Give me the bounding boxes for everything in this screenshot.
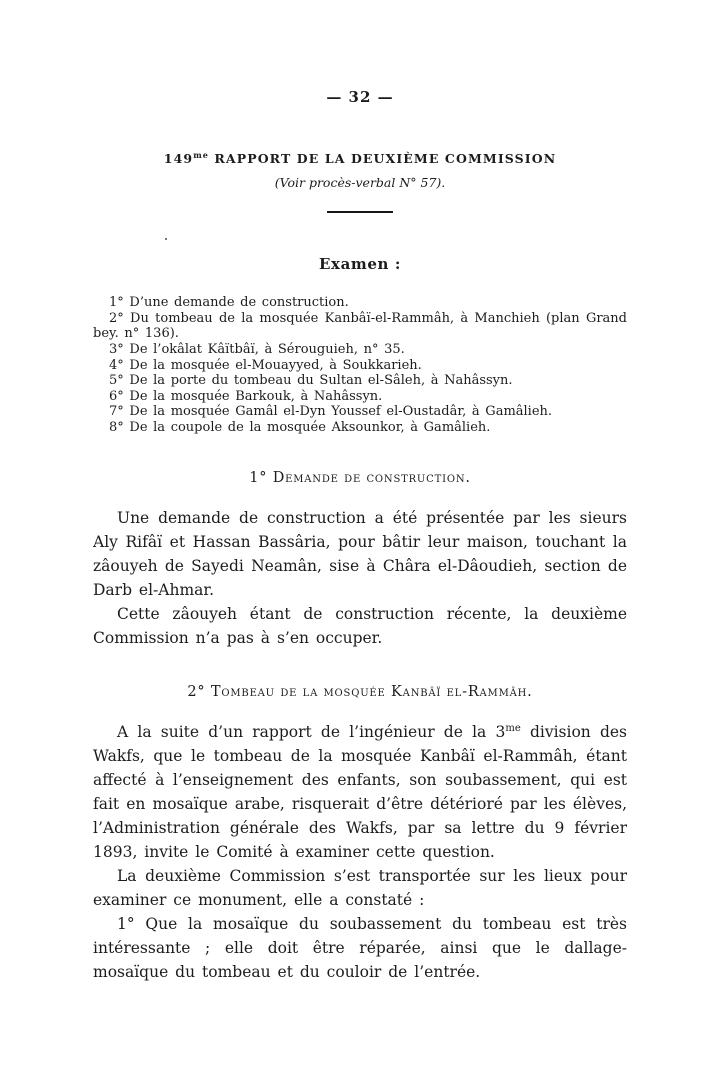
section-2-paragraph-3: 1° Que la mosaïque du soubassement du to… (93, 912, 627, 984)
horizontal-rule (327, 211, 393, 213)
report-title: 149me RAPPORT DE LA DEUXIÈME COMMISSION (93, 150, 627, 166)
examen-list: 1° D’une demande de construction. 2° Du … (93, 295, 627, 435)
report-title-text: RAPPORT DE LA DEUXIÈME COMMISSION (209, 151, 556, 166)
section-1-heading-text: Demande de construction. (273, 470, 471, 486)
report-title-ordinal-suffix: me (193, 150, 209, 160)
section-2-paragraph-1: A la suite d’un rapport de l’ingénieur d… (93, 720, 627, 864)
examen-item-2: 2° Du tombeau de la mosquée Kanbâï-el-Ra… (93, 311, 627, 342)
section-1-paragraph-2: Cette zâouyeh étant de construction réce… (93, 602, 627, 650)
examen-item-1: 1° D’une demande de construction. (93, 295, 627, 311)
section-1-paragraph-1: Une demande de construction a été présen… (93, 506, 627, 602)
examen-item-7: 7° De la mosquée Gamâl el-Dyn Youssef el… (93, 404, 627, 420)
text-column: — 32 — 149me RAPPORT DE LA DEUXIÈME COMM… (93, 0, 627, 984)
section-2-heading-text: Tombeau de la mosquée Kanbâï el-Rammâh. (211, 684, 533, 700)
section-2-heading-number: 2° (187, 684, 211, 700)
examen-item-6: 6° De la mosquée Barkouk, à Nahâssyn. (93, 389, 627, 405)
examen-item-5: 5° De la porte du tombeau du Sultan el-S… (93, 373, 627, 389)
section-2-heading: 2° Tombeau de la mosquée Kanbâï el-Rammâ… (93, 684, 627, 700)
examen-heading: Examen : (93, 255, 627, 273)
scanned-document-page: — 32 — 149me RAPPORT DE LA DEUXIÈME COMM… (0, 0, 720, 1082)
examen-item-8: 8° De la coupole de la mosquée Aksounkor… (93, 420, 627, 436)
report-subtitle: (Voir procès-verbal N° 57). (93, 175, 627, 190)
section-2-paragraph-1-lead: A la suite d’un rapport de l’ingénieur d… (117, 723, 505, 741)
examen-item-4: 4° De la mosquée el-Mouayyed, à Soukkari… (93, 358, 627, 374)
section-1-heading-number: 1° (249, 470, 273, 486)
section-2-paragraph-2: La deuxième Commission s’est transportée… (93, 864, 627, 912)
division-ordinal-suffix: me (505, 722, 520, 733)
section-2-paragraph-1-rest: division des Wakfs, que le tombeau de la… (93, 723, 627, 861)
section-1-heading: 1° Demande de construction. (93, 470, 627, 486)
examen-item-3: 3° De l’okâlat Kâïtbâï, à Sérouguieh, n°… (93, 342, 627, 358)
page-number: — 32 — (93, 88, 627, 106)
report-title-number: 149 (164, 151, 193, 166)
